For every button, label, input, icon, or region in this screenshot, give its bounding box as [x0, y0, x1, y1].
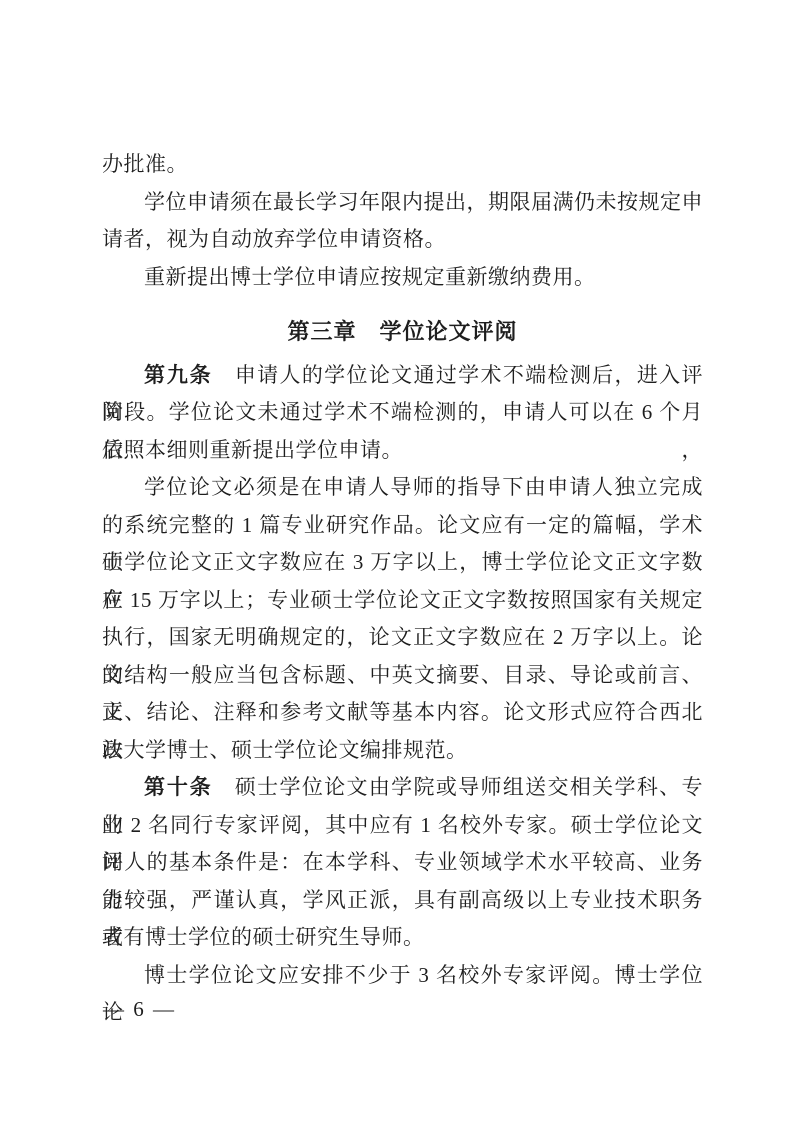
text-line: 文、结论、注释和参考文献等基本内容。论文形式应符合西北政 [102, 694, 703, 732]
page-footer: — 6 — [103, 994, 176, 1024]
text-line: 阅人的基本条件是：在本学科、专业领域学术水平较高、业务能 [102, 844, 703, 882]
text-line: 法大学博士、硕士学位论文编排规范。 [102, 732, 703, 770]
text-line: 第九条 申请人的学位论文通过学术不端检测后，进入评阅 [102, 357, 703, 395]
chapter-heading: 第三章 学位论文评阅 [102, 313, 703, 351]
text-line: 在 15 万字以上；专业硕士学位论文正文字数按照国家有关规定 [102, 582, 703, 620]
document-page: 办批准。学位申请须在最长学习年限内提出，期限届满仍未按规定申请者，视为自动放弃学… [0, 0, 793, 1122]
text-line: 的结构一般应当包含标题、中英文摘要、目录、导论或前言、正 [102, 657, 703, 695]
text-line: 者有博士学位的硕士研究生导师。 [102, 919, 703, 957]
text-line: 学位申请须在最长学习年限内提出，期限届满仍未按规定申 [102, 184, 703, 222]
article-number: 第九条 [144, 364, 213, 387]
text-line: 士学位论文正文字数应在 3 万字以上，博士学位论文正文字数应 [102, 544, 703, 582]
document-body: 办批准。学位申请须在最长学习年限内提出，期限届满仍未按规定申请者，视为自动放弃学… [102, 146, 703, 994]
text-line: 阶段。学位论文未通过学术不端检测的，申请人可以在 6 个月后， [102, 394, 703, 432]
text-line: 请者，视为自动放弃学位申请资格。 [102, 221, 703, 259]
article-number: 第十条 [144, 776, 213, 799]
text-line: 博士学位论文应安排不少于 3 名校外专家评阅。博士学位论 [102, 957, 703, 995]
text-line: 学位论文必须是在申请人导师的指导下由申请人独立完成 [102, 469, 703, 507]
text-line: 的 2 名同行专家评阅，其中应有 1 名校外专家。硕士学位论文评 [102, 807, 703, 845]
text-line: 办批准。 [102, 146, 703, 184]
page-number: — 6 — [103, 997, 176, 1021]
text-line: 力较强，严谨认真，学风正派，具有副高级以上专业技术职务或 [102, 882, 703, 920]
text-line: 重新提出博士学位申请应按规定重新缴纳费用。 [102, 259, 703, 297]
text-line: 第十条 硕士学位论文由学院或导师组送交相关学科、专业 [102, 769, 703, 807]
text-line: 的系统完整的 1 篇专业研究作品。论文应有一定的篇幅，学术硕 [102, 507, 703, 545]
text-line: 执行，国家无明确规定的，论文正文字数应在 2 万字以上。论文 [102, 619, 703, 657]
